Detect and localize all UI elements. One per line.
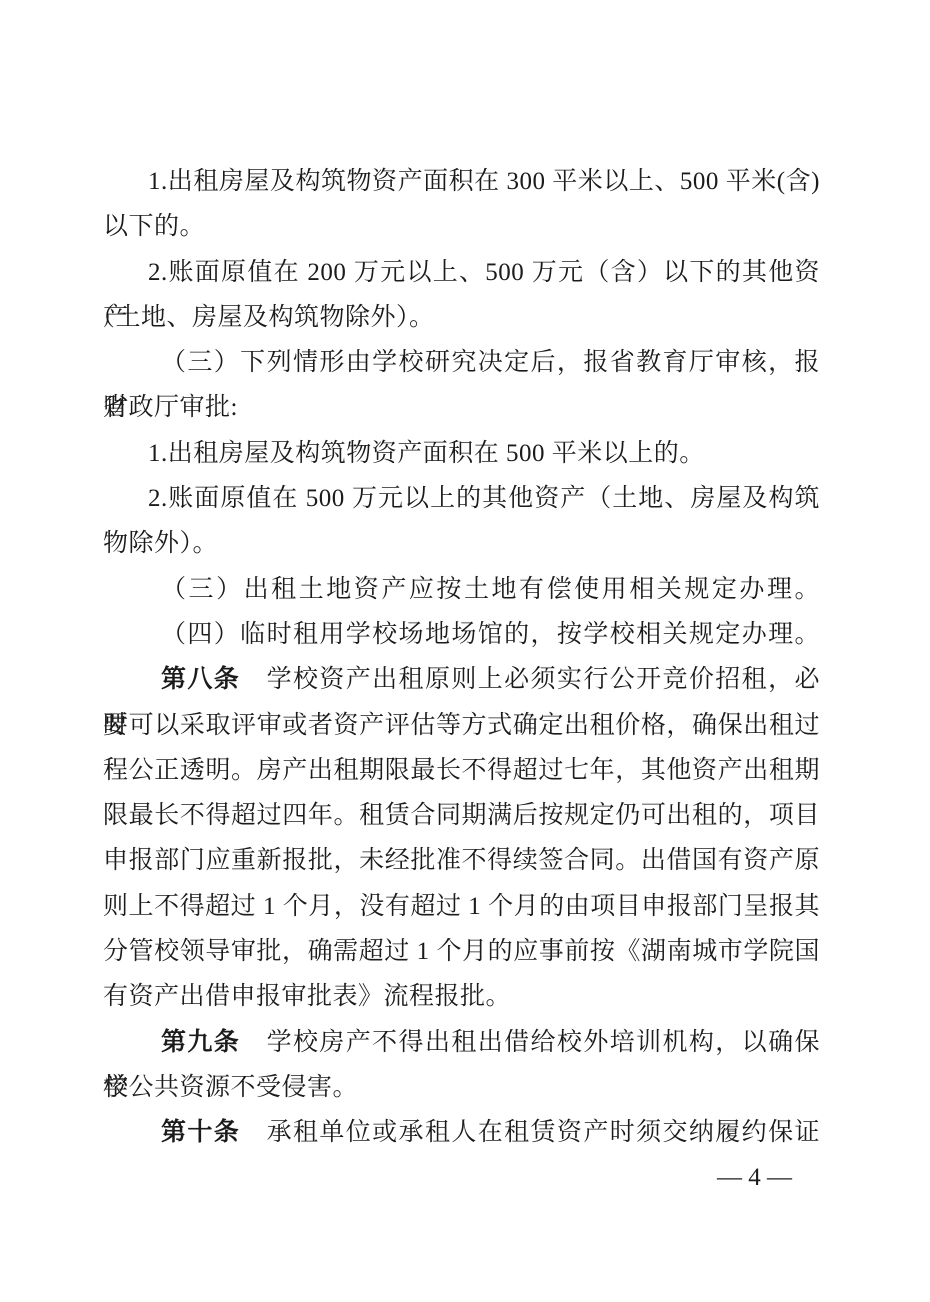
text-line-11: （四）临时租用学校场地场馆的，按学校相关规定办理。 — [103, 612, 820, 657]
text-line-1: 1.出租房屋及构筑物资产面积在 300 平米以上、500 平米(含) — [103, 159, 820, 204]
text-line-14: 程公正透明。房产出租期限最长不得超过七年，其他资产出租期 — [103, 748, 820, 793]
line-text: 承租单位或承租人在租赁资产时须交纳履约保证 — [240, 1119, 820, 1146]
text-line-15: 限最长不得超过四年。租赁合同期满后按规定仍可出租的，项目 — [103, 793, 820, 838]
text-line-16: 申报部门应重新报批，未经批准不得续签合同。出借国有资产原 — [103, 838, 820, 883]
text-line-6: 财政厅审批: — [103, 385, 820, 430]
text-line-12: 第八条 学校资产出租原则上必须实行公开竞价招租，必要 — [103, 657, 820, 702]
document-body: 1.出租房屋及构筑物资产面积在 300 平米以上、500 平米(含)以下的。2.… — [103, 159, 820, 1156]
text-line-7: 1.出租房屋及构筑物资产面积在 500 平米以上的。 — [103, 431, 820, 476]
text-line-13: 时可以采取评审或者资产评估等方式确定出租价格，确保出租过 — [103, 703, 820, 748]
article-heading: 第八条 — [161, 666, 240, 693]
article-heading: 第十条 — [161, 1119, 240, 1146]
text-line-18: 分管校领导审批，确需超过 1 个月的应事前按《湖南城市学院国 — [103, 929, 820, 974]
text-line-19: 有资产出借申报审批表》流程报批。 — [103, 974, 820, 1019]
text-line-21: 校公共资源不受侵害。 — [103, 1065, 820, 1110]
text-line-10: （三）出租土地资产应按土地有偿使用相关规定办理。 — [103, 567, 820, 612]
page-number: — 4 — — [103, 1155, 792, 1201]
text-line-9: 物除外）。 — [103, 521, 820, 566]
text-line-2: 以下的。 — [103, 204, 820, 249]
text-line-17: 则上不得超过 1 个月，没有超过 1 个月的由项目申报部门呈报其 — [103, 884, 820, 929]
text-line-22: 第十条 承租单位或承租人在租赁资产时须交纳履约保证 — [103, 1110, 820, 1155]
document-page: 1.出租房屋及构筑物资产面积在 300 平米以上、500 平米(含)以下的。2.… — [0, 0, 930, 1302]
text-line-20: 第九条 学校房产不得出租出借给校外培训机构，以确保学 — [103, 1020, 820, 1065]
text-line-8: 2.账面原值在 500 万元以上的其他资产（土地、房屋及构筑 — [103, 476, 820, 521]
text-line-4: （土地、房屋及构筑物除外）。 — [103, 295, 820, 340]
article-heading: 第九条 — [161, 1029, 240, 1056]
text-line-3: 2.账面原值在 200 万元以上、500 万元（含）以下的其他资产 — [103, 250, 820, 295]
text-line-5: （三）下列情形由学校研究决定后，报省教育厅审核，报省 — [103, 340, 820, 385]
